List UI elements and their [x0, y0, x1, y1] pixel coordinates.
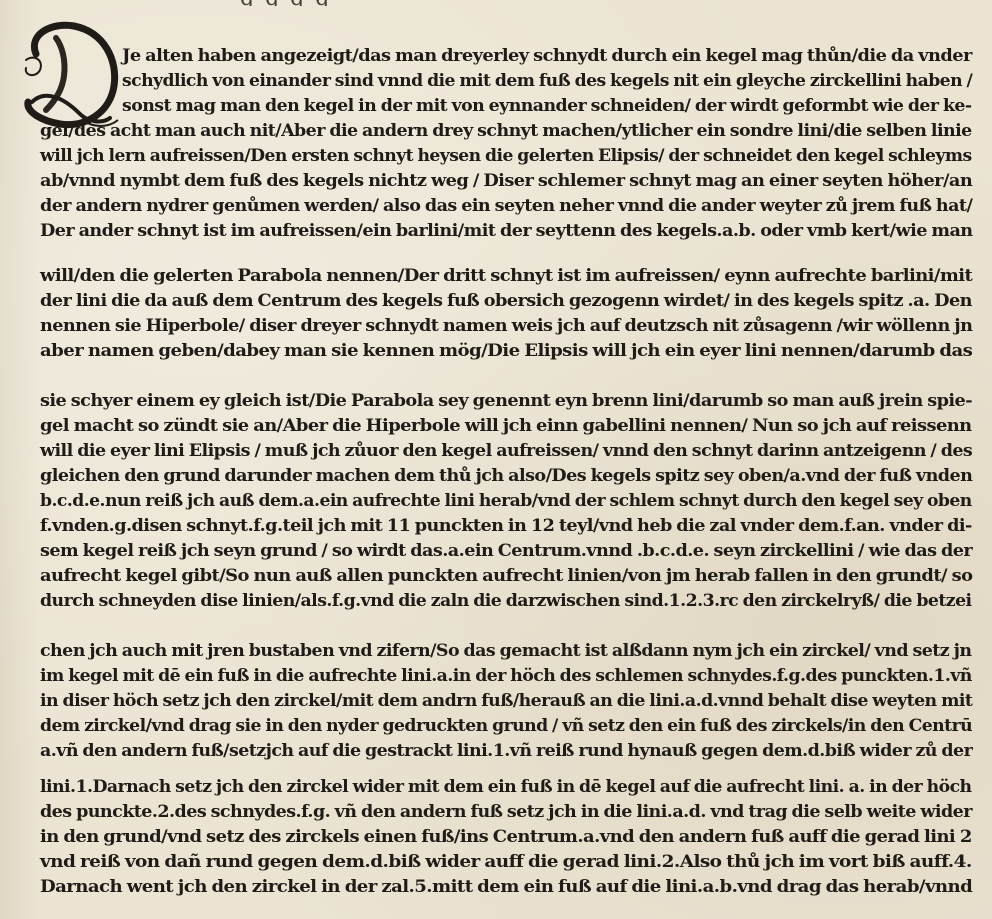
text-line: gleichen den grund darunder machen dem t…: [40, 465, 972, 487]
previous-line-fragment: g g g g: [240, 0, 940, 6]
text-line: chen jch auch mit jren bustaben vnd zife…: [40, 640, 971, 662]
text-line: dem zirckel/vnd drag sie in den nyder ge…: [40, 715, 972, 737]
text-line: schydlich von einander sind vnnd die mit…: [122, 70, 972, 92]
text-line: der lini die da auß dem Centrum des kege…: [40, 290, 972, 312]
text-line: Darnach went jch den zirckel in der zal.…: [40, 876, 972, 898]
text-line: des punckte.2.des schnydes.f.g. vñ den a…: [40, 801, 972, 823]
text-line: aber namen geben/dabey man sie kennen mö…: [40, 340, 972, 362]
text-line: gel macht so zündt sie an/Aber die Hiper…: [40, 415, 972, 437]
scanned-page: g g g g D Je alten haben angezeigt/das m…: [0, 0, 992, 919]
text-line: in diser höch setz jch den zirckel/mit d…: [40, 690, 972, 712]
text-line: will jch lern aufreissen/Den ersten schn…: [40, 145, 972, 167]
text-line: f.vnden.g.disen schnyt.f.g.teil jch mit …: [40, 515, 972, 537]
text-line: aufrecht kegel gibt/So nun auß allen pun…: [40, 565, 972, 587]
text-line: durch schneyden dise linien/als.f.g.vnd …: [40, 590, 972, 612]
text-line: sem kegel reiß jch seyn grund / so wirdt…: [40, 540, 972, 562]
text-line: gel/des acht man auch nit/Aber die ander…: [40, 120, 972, 142]
text-line: ab/vnnd nymbt dem fuß des kegels nichtz …: [40, 170, 972, 192]
text-line: in den grund/vnd setz des zirckels einen…: [40, 826, 972, 848]
text-line: will die eyer lini Elipsis / muß jch zůu…: [40, 440, 972, 462]
decorated-initial-d-icon: D: [22, 20, 122, 132]
text-line: nennen sie Hiperbole/ diser dreyer schny…: [40, 315, 972, 337]
text-line: im kegel mit dē ein fuß in die aufrechte…: [40, 665, 972, 687]
text-line: Je alten haben angezeigt/das man dreyerl…: [122, 45, 972, 67]
text-line: a.vñ den andern fuß/setzjch auf die gest…: [40, 740, 972, 762]
text-line: sonst mag man den kegel in der mit von e…: [122, 95, 972, 117]
text-line: b.c.d.e.nun reiß jch auß dem.a.ein aufre…: [40, 490, 972, 512]
text-line: der andern nydrer genůmen werden/ also d…: [40, 195, 972, 217]
text-line: lini.1.Darnach setz jch den zirckel wide…: [40, 776, 972, 798]
text-line: vnd reiß von dañ rund gegen dem.d.biß wi…: [40, 851, 972, 873]
text-line: will/den die gelerten Parabola nennen/De…: [40, 265, 972, 287]
text-line: sie schyer einem ey gleich ist/Die Parab…: [40, 390, 972, 412]
text-line: Der ander schnyt ist im aufreissen/ein b…: [40, 220, 973, 242]
